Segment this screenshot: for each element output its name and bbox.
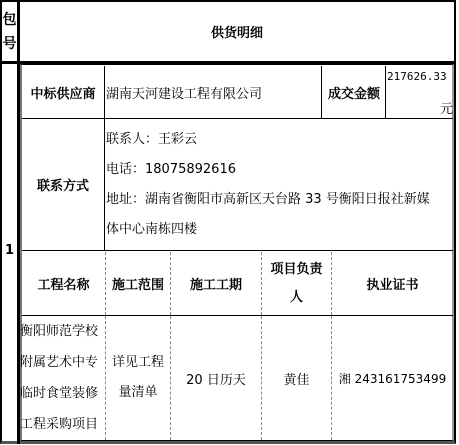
project-header-name: 工程名称 [22, 252, 106, 315]
package-number: 1 [2, 240, 17, 260]
supplier-value: 湖南天河建设工程有限公司 [106, 66, 322, 118]
package-header: 包 号 [2, 2, 17, 61]
project-scope: 详见工程 量清单 [106, 316, 171, 440]
package-header-line1: 包 [3, 8, 17, 32]
project-name: 衡阳师范学校 附属艺术中专 临时食堂装修 工程采购项目 [20, 316, 106, 440]
contact-label: 联系方式 [22, 119, 105, 250]
project-certificate: 湘 243161753499 [332, 316, 453, 440]
package-header-line2: 号 [3, 32, 17, 56]
amount-value: 217626.33 [387, 70, 453, 86]
project-scope-line: 详见工程 [112, 348, 164, 378]
project-header-manager-line1: 项目负责 [270, 256, 322, 284]
project-duration: 20 日历天 [171, 316, 262, 440]
project-header-manager: 项目负责 人 [262, 252, 332, 315]
project-name-line: 工程采购项目 [20, 409, 105, 440]
row-rule-2 [22, 250, 453, 251]
contact-person: 联系人：王彩云 [106, 125, 453, 155]
amount-unit: 元 [387, 98, 453, 116]
amount-label: 成交金额 [323, 66, 386, 118]
contact-address-line2: 体中心南栋四楼 [106, 215, 453, 245]
project-header-manager-line2: 人 [290, 284, 303, 312]
project-name-line: 附属艺术中专 [20, 347, 105, 378]
project-header-certificate: 执业证书 [332, 252, 453, 315]
supplier-label: 中标供应商 [22, 66, 105, 118]
project-header-duration: 施工工期 [171, 252, 262, 315]
project-manager: 黄佳 [262, 316, 332, 440]
contact-address-line1: 地址：湖南省衡阳市高新区天台路 33 号衡阳日报社新媒 [106, 185, 453, 215]
contact-info: 联系人：王彩云 电话：18075892616 地址：湖南省衡阳市高新区天台路 3… [106, 125, 453, 245]
project-name-line: 临时食堂装修 [20, 378, 105, 409]
contact-phone: 电话：18075892616 [106, 155, 453, 185]
project-scope-line: 量清单 [118, 378, 157, 408]
page-title: 供货明细 [20, 2, 454, 61]
project-name-line: 衡阳师范学校 [20, 316, 105, 347]
project-header-scope: 施工范围 [106, 252, 171, 315]
